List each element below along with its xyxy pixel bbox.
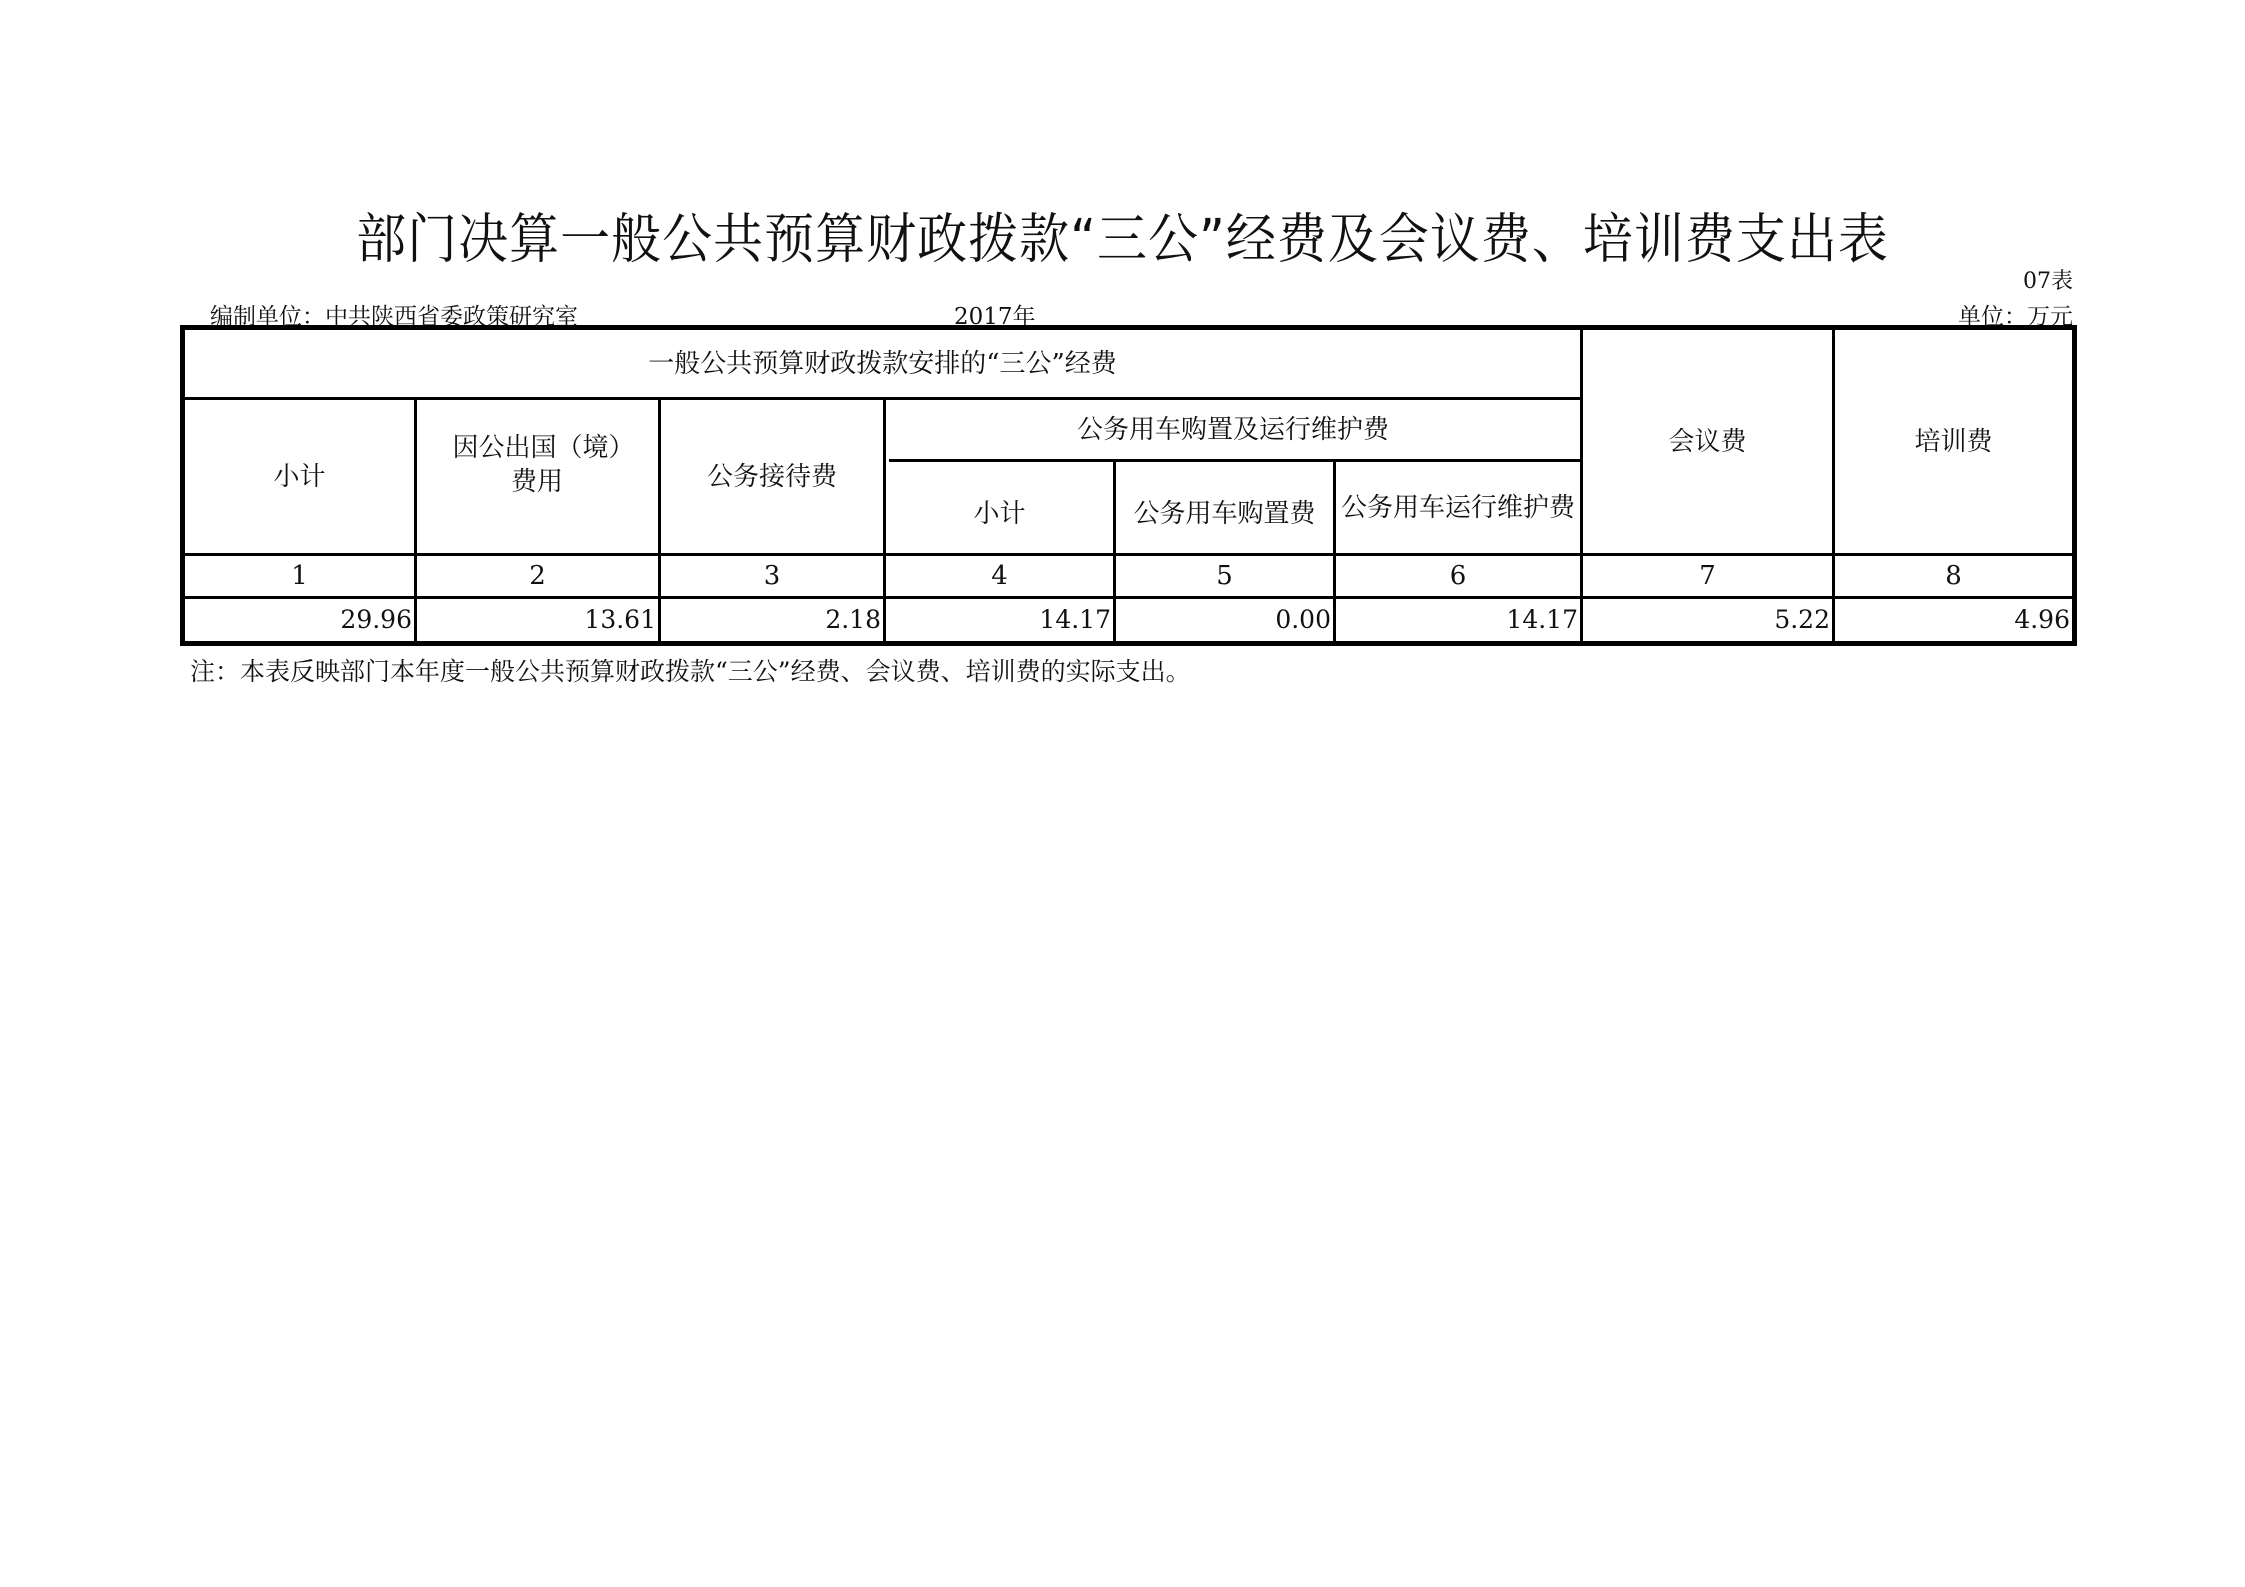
group-header-three-public: 一般公共预算财政拨款安排的“三公”经费 xyxy=(185,330,1580,397)
index-cell: 7 xyxy=(1583,556,1832,596)
col-header-subtotal: 小计 xyxy=(185,400,414,553)
value-cell: 14.17 xyxy=(886,599,1113,641)
value-cell: 5.22 xyxy=(1583,599,1832,641)
value-cell: 0.00 xyxy=(1116,599,1333,641)
group-header-vehicle: 公务用车购置及运行维护费 xyxy=(886,400,1580,459)
col-header-vehicle-subtotal: 小计 xyxy=(886,462,1113,553)
col-header-meeting: 会议费 xyxy=(1583,330,1832,553)
page-title: 部门决算一般公共预算财政拨款“三公”经费及会议费、培训费支出表 xyxy=(0,196,2245,274)
index-cell: 6 xyxy=(1336,556,1580,596)
index-cell: 4 xyxy=(886,556,1113,596)
index-cell: 8 xyxy=(1835,556,2072,596)
index-cell: 3 xyxy=(661,556,883,596)
index-cell: 5 xyxy=(1116,556,1333,596)
value-cell: 4.96 xyxy=(1835,599,2072,641)
col-header-vehicle-maintenance: 公务用车运行维护费 xyxy=(1336,462,1580,553)
value-cell: 29.96 xyxy=(185,599,414,641)
value-cell: 2.18 xyxy=(661,599,883,641)
col-header-vehicle-purchase: 公务用车购置费 xyxy=(1116,462,1333,553)
col-header-reception: 公务接待费 xyxy=(661,400,883,553)
value-cell: 14.17 xyxy=(1336,599,1580,641)
expenditure-table: 一般公共预算财政拨款安排的“三公”经费 公务用车购置及运行维护费 小计 因公出国… xyxy=(180,325,2077,646)
col-header-training: 培训费 xyxy=(1835,330,2072,553)
index-cell: 2 xyxy=(417,556,658,596)
footnote: 注：本表反映部门本年度一般公共预算财政拨款“三公”经费、会议费、培训费的实际支出… xyxy=(190,652,1191,688)
table-number: 07表 xyxy=(2023,264,2073,295)
col-header-overseas: 因公出国（境）费用 xyxy=(447,400,627,553)
value-cell: 13.61 xyxy=(417,599,658,641)
index-cell: 1 xyxy=(185,556,414,596)
